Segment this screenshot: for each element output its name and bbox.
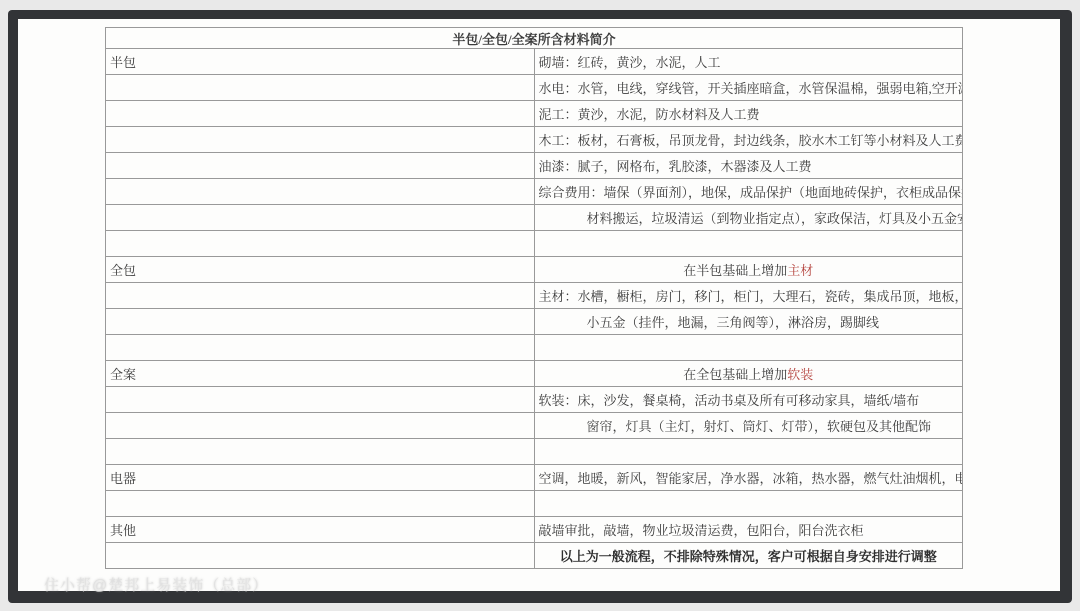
highlight-text: 主材 — [787, 263, 813, 278]
table-row: 主材：水槽，橱柜，房门，移门，柜门，大理石，瓷砖，集成吊顶，地板，卫浴，开关面板 — [106, 283, 963, 309]
category-cell — [106, 309, 535, 335]
category-cell — [106, 231, 535, 257]
table-row: 小五金（挂件，地漏，三角阀等），淋浴房，踢脚线 — [106, 309, 963, 335]
content-cell: 主材：水槽，橱柜，房门，移门，柜门，大理石，瓷砖，集成吊顶，地板，卫浴，开关面板 — [534, 283, 963, 309]
category-cell — [106, 413, 535, 439]
table-row: 泥工：黄沙，水泥，防水材料及人工费 — [106, 101, 963, 127]
content-cell: 油漆：腻子，网格布，乳胶漆，木器漆及人工费 — [534, 153, 963, 179]
category-cell — [106, 491, 535, 517]
category-cell — [106, 101, 535, 127]
viewer-frame: 半包/全包/全案所含材料简介 半包 砌墙：红砖，黄沙，水泥，人工 水电：水管，电… — [8, 10, 1072, 603]
category-cell: 电器 — [106, 465, 535, 491]
category-cell: 全案 — [106, 361, 535, 387]
category-cell — [106, 153, 535, 179]
category-cell — [106, 335, 535, 361]
table-row: 窗帘，灯具（主灯，射灯、筒灯、灯带），软硬包及其他配饰 — [106, 413, 963, 439]
category-cell — [106, 127, 535, 153]
table-row: 水电：水管，电线，穿线管，开关插座暗盒，水管保温棉，强弱电箱,空开漏保及水电人工… — [106, 75, 963, 101]
content-cell: 软装：床，沙发，餐桌椅，活动书桌及所有可移动家具，墙纸/墙布 — [534, 387, 963, 413]
title-row: 半包/全包/全案所含材料简介 — [106, 28, 963, 49]
category-cell — [106, 75, 535, 101]
footer-note: 以上为一般流程，不排除特殊情况，客户可根据自身安排进行调整 — [534, 543, 963, 569]
category-cell — [106, 387, 535, 413]
document-page: 半包/全包/全案所含材料简介 半包 砌墙：红砖，黄沙，水泥，人工 水电：水管，电… — [18, 19, 1060, 591]
category-cell — [106, 439, 535, 465]
content-cell: 水电：水管，电线，穿线管，开关插座暗盒，水管保温棉，强弱电箱,空开漏保及水电人工… — [534, 75, 963, 101]
content-cell: 空调，地暖，新风，智能家居，净水器，冰箱，热水器，燃气灶油烟机，电视机及其他小电… — [534, 465, 963, 491]
content-cell: 泥工：黄沙，水泥，防水材料及人工费 — [534, 101, 963, 127]
content-cell: 在半包基础上增加主材 — [534, 257, 963, 283]
table-row: 木工：板材，石膏板，吊顶龙骨，封边线条，胶水木工钉等小材料及人工费 — [106, 127, 963, 153]
category-cell — [106, 179, 535, 205]
footer-row: 以上为一般流程，不排除特殊情况，客户可根据自身安排进行调整 — [106, 543, 963, 569]
table-row: 其他 敲墙审批，敲墙，物业垃圾清运费，包阳台，阳台洗衣柜 — [106, 517, 963, 543]
table-row: 电器 空调，地暖，新风，智能家居，净水器，冰箱，热水器，燃气灶油烟机，电视机及其… — [106, 465, 963, 491]
table-row-empty — [106, 231, 963, 257]
table-row-empty — [106, 491, 963, 517]
table-row-empty — [106, 439, 963, 465]
category-cell — [106, 283, 535, 309]
category-cell — [106, 543, 535, 569]
content-cell: 砌墙：红砖，黄沙，水泥，人工 — [534, 49, 963, 75]
table-row: 半包 砌墙：红砖，黄沙，水泥，人工 — [106, 49, 963, 75]
table-row: 油漆：腻子，网格布，乳胶漆，木器漆及人工费 — [106, 153, 963, 179]
table-row: 全案 在全包基础上增加软装 — [106, 361, 963, 387]
table-row: 全包 在半包基础上增加主材 — [106, 257, 963, 283]
table-row-empty — [106, 335, 963, 361]
table-row: 软装：床，沙发，餐桌椅，活动书桌及所有可移动家具，墙纸/墙布 — [106, 387, 963, 413]
materials-table: 半包/全包/全案所含材料简介 半包 砌墙：红砖，黄沙，水泥，人工 水电：水管，电… — [105, 27, 963, 569]
content-cell — [534, 491, 963, 517]
category-cell — [106, 205, 535, 231]
highlight-text: 软装 — [787, 367, 813, 382]
watermark: 住小帮@楚邦上易装饰（总部） — [44, 574, 268, 595]
category-cell: 全包 — [106, 257, 535, 283]
table-row: 综合费用：墙保（界面剂），地保，成品保护（地面地砖保护，衣柜成品保护膜等），铲墙… — [106, 179, 963, 205]
content-cell — [534, 335, 963, 361]
content-cell — [534, 439, 963, 465]
category-cell: 其他 — [106, 517, 535, 543]
table-title: 半包/全包/全案所含材料简介 — [106, 28, 963, 49]
content-cell: 材料搬运，垃圾清运（到物业指定点），家政保洁，灯具及小五金安装，美缝。 — [534, 205, 963, 231]
content-cell — [534, 231, 963, 257]
content-cell: 木工：板材，石膏板，吊顶龙骨，封边线条，胶水木工钉等小材料及人工费 — [534, 127, 963, 153]
content-cell: 敲墙审批，敲墙，物业垃圾清运费，包阳台，阳台洗衣柜 — [534, 517, 963, 543]
content-cell: 在全包基础上增加软装 — [534, 361, 963, 387]
row-text: 在全包基础上增加 — [683, 367, 787, 382]
row-text: 在半包基础上增加 — [683, 263, 787, 278]
table-row: 材料搬运，垃圾清运（到物业指定点），家政保洁，灯具及小五金安装，美缝。 — [106, 205, 963, 231]
content-cell: 综合费用：墙保（界面剂），地保，成品保护（地面地砖保护，衣柜成品保护膜等），铲墙… — [534, 179, 963, 205]
content-cell: 小五金（挂件，地漏，三角阀等），淋浴房，踢脚线 — [534, 309, 963, 335]
content-cell: 窗帘，灯具（主灯，射灯、筒灯、灯带），软硬包及其他配饰 — [534, 413, 963, 439]
category-cell: 半包 — [106, 49, 535, 75]
